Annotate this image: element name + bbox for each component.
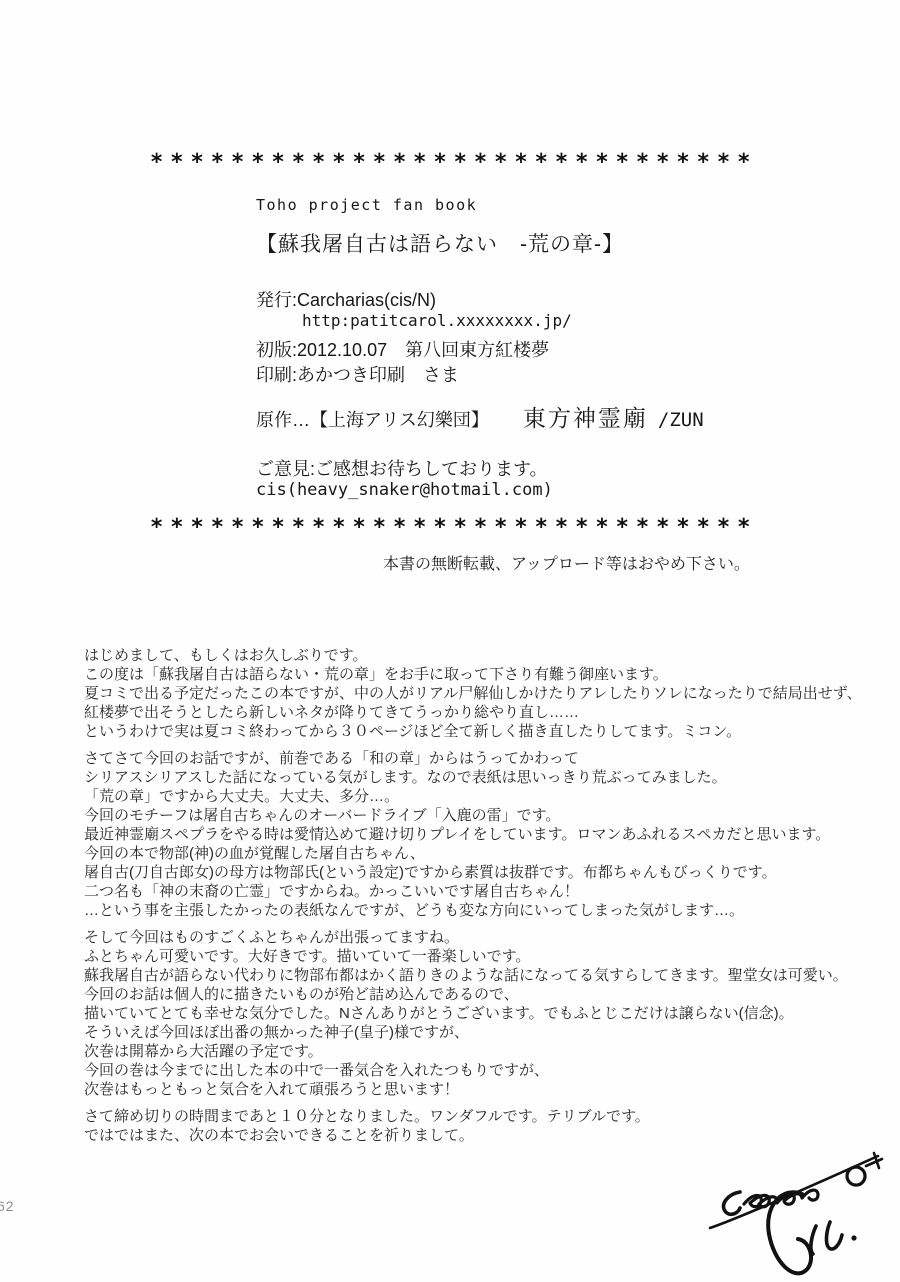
original-work-line: 原作…【上海アリス幻樂団】 東方神霊廟 /ZUN bbox=[256, 400, 704, 433]
scanned-afterword-page: { "page": { "background": "#fefefe", "in… bbox=[0, 0, 900, 1282]
page-number: 62 bbox=[0, 1198, 15, 1214]
text-line: 二つ名も「神の末裔の亡霊」ですからね。かっこいいです屠自古ちゃん！ bbox=[84, 882, 884, 901]
text-line: 描いていてとても幸せな気分でした。Nさんありがとうございます。でもふとじこだけは… bbox=[84, 1004, 884, 1023]
text-line: 次巻はもっともっと気合を入れて頑張ろうと思います！ bbox=[84, 1080, 884, 1099]
text-line: この度は「蘇我屠自古は語らない・荒の章」をお手に取って下さり有難う御座います。 bbox=[84, 665, 884, 684]
text-line: 最近神霊廟スペプラをやる時は愛情込めて避け切りプレイをしています。ロマンあふれる… bbox=[84, 825, 884, 844]
text-line: 「荒の章」ですから大丈夫。大丈夫、多分…。 bbox=[84, 787, 884, 806]
text-line: そして今回はものすごくふとちゃんが出張ってますね。 bbox=[84, 928, 884, 947]
signature-scribble-icon bbox=[706, 1128, 896, 1278]
text-line: 夏コミで出る予定だったこの本ですが、中の人がリアル尸解仙しかけたりアレしたりソレ… bbox=[84, 684, 884, 703]
text-line: 今回の巻は今までに出した本の中で一番気合を入れたつもりですが、 bbox=[84, 1061, 884, 1080]
separator-stars-top: ****************************** bbox=[150, 150, 757, 175]
no-reproduction-notice: 本書の無断転載、アップロード等はおやめ下さい。 bbox=[383, 551, 750, 574]
text-line: 今回のお話は個人的に描きたいものが殆ど詰め込んであるので、 bbox=[84, 985, 884, 1004]
text-line: …という事を主張したかったの表紙なんですが、どうも変な方向にいってしまった気がし… bbox=[84, 901, 884, 920]
feedback-line: ご意見:ご感想お待ちしております。 bbox=[256, 455, 548, 481]
text-line: 屠自古(刀自古郎女)の母方は物部氏(という設定)ですから素質は抜群です。布都ちゃ… bbox=[84, 863, 884, 882]
afterword-paragraph-2: さてさて今回のお話ですが、前巻である「和の章」からはうってかわってシリアスシリア… bbox=[84, 749, 884, 920]
text-line: さてさて今回のお話ですが、前巻である「和の章」からはうってかわって bbox=[84, 749, 884, 768]
text-line: シリアスシリアスした話になっている気がします。なので表紙は思いっきり荒ぶってみま… bbox=[84, 768, 884, 787]
text-line: さて締め切りの時間まであと１０分となりました。ワンダフルです。テリブルです。 bbox=[84, 1107, 884, 1126]
edition-line: 初版:2012.10.07 第八回東方紅楼夢 bbox=[256, 336, 549, 362]
text-line: というわけで実は夏コミ終わってから３０ページほど全て新しく描き直したりしてます。… bbox=[84, 722, 884, 741]
contact-email: cis(heavy_snaker@hotmail.com) bbox=[256, 480, 553, 500]
author-signature bbox=[706, 1128, 896, 1278]
book-title: 【蘇我屠自古は語らない -荒の章-】 bbox=[256, 228, 624, 258]
text-line: ふとちゃん可愛いです。大好きです。描いていて一番楽しいです。 bbox=[84, 947, 884, 966]
original-work-prefix: 原作…【上海アリス幻樂団】 bbox=[256, 406, 489, 432]
afterword-text: はじめまして、もしくはお久しぶりです。この度は「蘇我屠自古は語らない・荒の章」を… bbox=[84, 646, 884, 1153]
text-line: はじめまして、もしくはお久しぶりです。 bbox=[84, 646, 884, 665]
original-work-author: /ZUN bbox=[658, 409, 704, 431]
series-label: Toho project fan book bbox=[256, 196, 477, 214]
afterword-paragraph-1: はじめまして、もしくはお久しぶりです。この度は「蘇我屠自古は語らない・荒の章」を… bbox=[84, 646, 884, 741]
text-line: 次巻は開幕から大活躍の予定です。 bbox=[84, 1042, 884, 1061]
afterword-paragraph-3: そして今回はものすごくふとちゃんが出張ってますね。ふとちゃん可愛いです。大好きで… bbox=[84, 928, 884, 1099]
separator-stars-bottom: ****************************** bbox=[150, 515, 757, 540]
publisher-line: 発行:Carcharias(cis/N) bbox=[256, 286, 436, 312]
text-line: 紅楼夢で出そうとしたら新しいネタが降りてきてうっかり総やり直し…… bbox=[84, 703, 884, 722]
printer-line: 印刷:あかつき印刷 さま bbox=[256, 361, 459, 387]
text-line: そういえば今回ほぼ出番の無かった神子(皇子)様ですが、 bbox=[84, 1023, 884, 1042]
text-line: 蘇我屠自古が語らない代わりに物部布都はかく語りきのような話になってる気すらしてき… bbox=[84, 966, 884, 985]
original-work-title: 東方神霊廟 bbox=[523, 400, 648, 433]
text-line: 今回のモチーフは屠自古ちゃんのオーバードライブ「入鹿の雷」です。 bbox=[84, 806, 884, 825]
text-line: 今回の本で物部(神)の血が覚醒した屠自古ちゃん、 bbox=[84, 844, 884, 863]
circle-url: http:patitcarol.xxxxxxxx.jp/ bbox=[302, 311, 572, 330]
